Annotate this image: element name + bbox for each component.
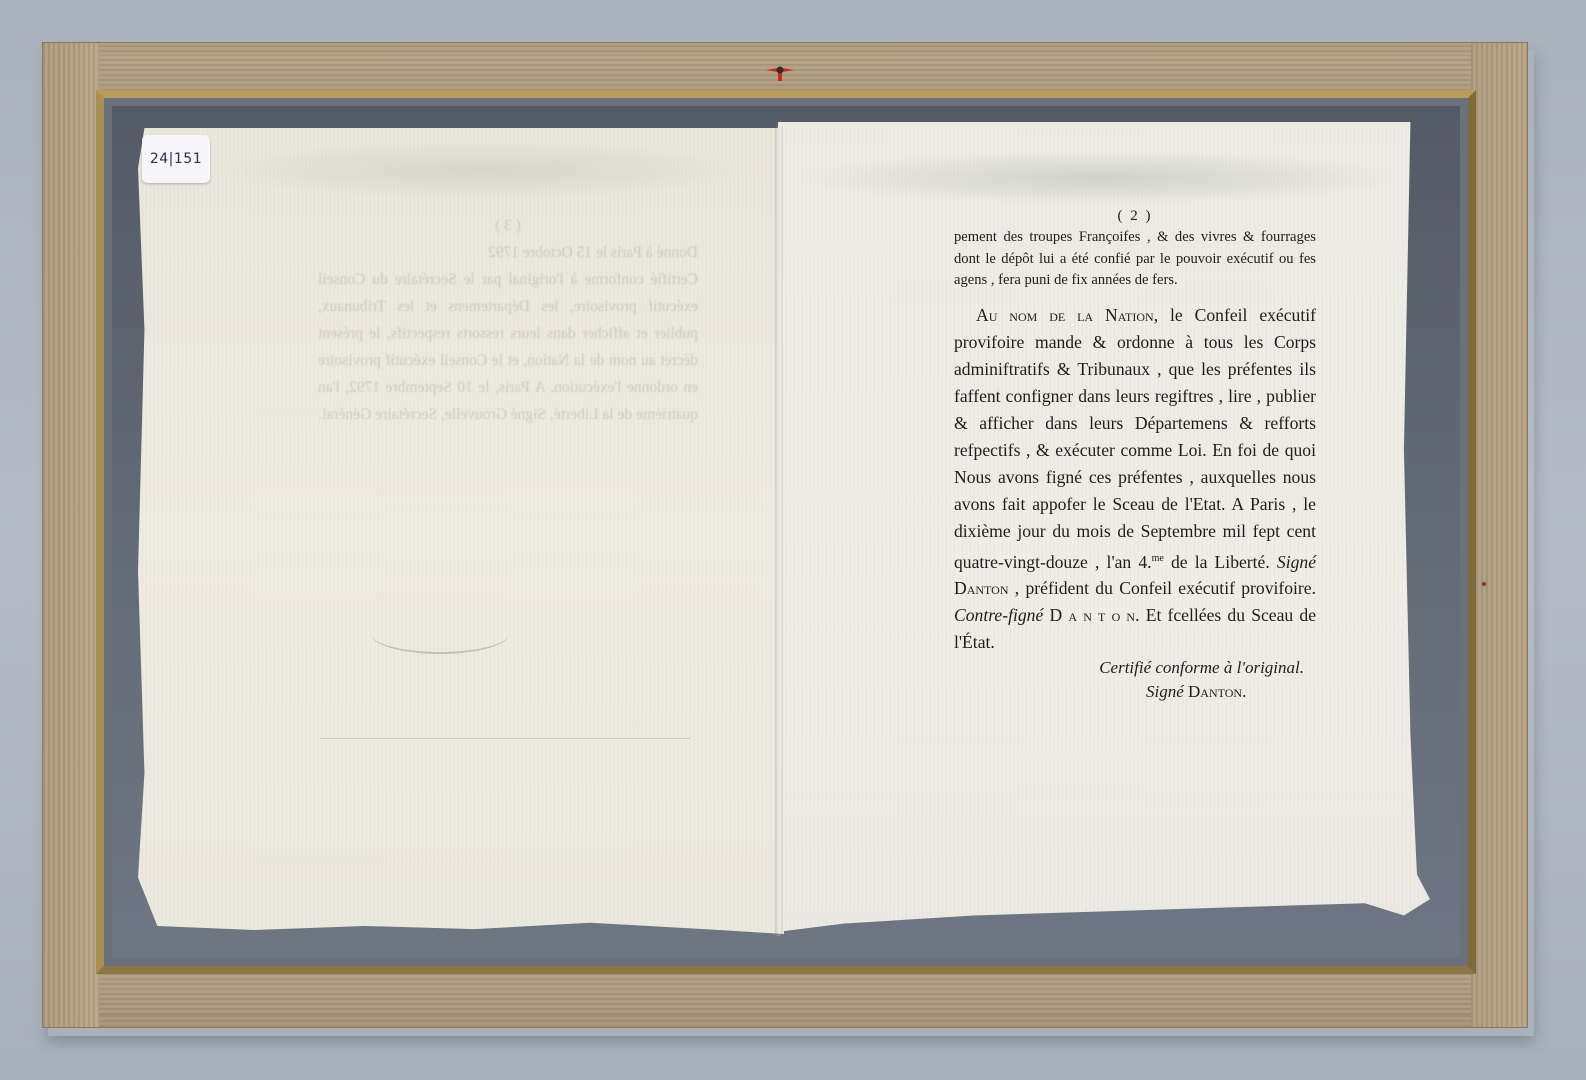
- opening-paragraph: pement des troupes Françoifes , & des vi…: [954, 227, 1316, 292]
- frame-left-stile: [43, 43, 99, 1027]
- decree-text: ( 2 ) pement des troupes Françoifes , & …: [954, 208, 1316, 704]
- main-paragraph: Au nom de la Nation, le Confeil exécutif…: [954, 302, 1316, 657]
- page-fold: [775, 126, 783, 936]
- left-page-stain: [210, 140, 750, 200]
- inventory-label: 24|151: [142, 135, 210, 183]
- nation-heading: Au nom de la Nation: [976, 305, 1154, 325]
- left-page-show-through: ( 3 ) Donné à Paris le 15 Octobre 1792 C…: [318, 212, 698, 428]
- right-page-stain: [790, 150, 1410, 205]
- signatory-name: Danton: [954, 578, 1008, 598]
- left-page-ghost-rule: [320, 738, 690, 739]
- certification-line: Certifié conforme à l'original.: [954, 656, 1304, 680]
- final-signature: Signé Danton.: [1146, 680, 1316, 704]
- left-page-number-ghost: ( 3 ): [318, 212, 698, 239]
- frame-right-stile: [1471, 43, 1527, 1027]
- page-number: ( 2 ): [954, 208, 1316, 225]
- countersignatory-name: D a n t o n: [1043, 605, 1135, 625]
- hanger-hook-icon: [764, 62, 796, 82]
- frame-blemish: [1482, 582, 1486, 586]
- left-page-ghost-signature: [370, 612, 510, 654]
